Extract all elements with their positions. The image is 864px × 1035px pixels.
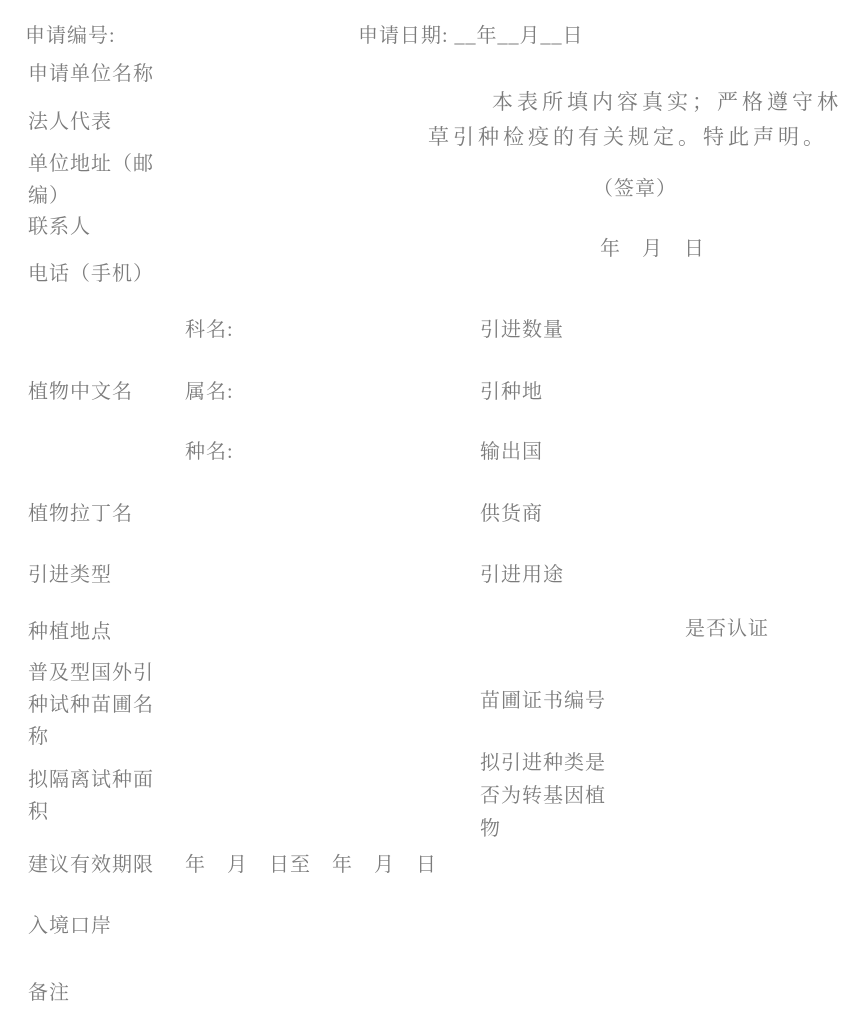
import-type-label: 引进类型 bbox=[28, 563, 112, 587]
isolation-area-label: 拟隔离试种面积 bbox=[28, 764, 160, 828]
purpose-label: 引进用途 bbox=[480, 563, 564, 587]
contact-label: 联系人 bbox=[28, 215, 91, 239]
app-no-label: 申请编号: bbox=[25, 24, 116, 48]
genus-label: 属名: bbox=[185, 380, 234, 404]
remarks-label: 备注 bbox=[28, 981, 70, 1005]
app-date-label: 申请日期: __年__月__日 bbox=[358, 24, 584, 48]
latin-name-label: 植物拉丁名 bbox=[28, 502, 133, 526]
cn-name-label: 植物中文名 bbox=[28, 380, 133, 404]
supplier-label: 供货商 bbox=[480, 502, 543, 526]
source-label: 引种地 bbox=[480, 380, 543, 404]
certified-label: 是否认证 bbox=[685, 617, 769, 641]
application-form-page: 申请编号: 申请日期: __年__月__日 申请单位名称 法人代表 单位地址（邮… bbox=[0, 0, 864, 1035]
validity-label: 建议有效期限 bbox=[28, 853, 154, 877]
planting-site-label: 种植地点 bbox=[28, 620, 112, 644]
gmo-label: 拟引进种类是否为转基因植物 bbox=[480, 747, 612, 846]
legal-rep-label: 法人代表 bbox=[28, 110, 112, 134]
address-label: 单位地址（邮编） bbox=[28, 148, 160, 212]
validity-value: 年 月 日至 年 月 日 bbox=[185, 853, 437, 877]
unit-name-label: 申请单位名称 bbox=[28, 62, 154, 86]
declaration-text-line1: 本表所填内容真实；严格遵守林 bbox=[492, 89, 842, 115]
entry-port-label: 入境口岸 bbox=[28, 914, 112, 938]
export-country-label: 输出国 bbox=[480, 440, 543, 464]
declaration-date: 年 月 日 bbox=[600, 237, 705, 261]
seal-label: （签章） bbox=[593, 177, 677, 201]
nursery-name-label: 普及型国外引种试种苗圃名称 bbox=[28, 657, 160, 753]
family-label: 科名: bbox=[185, 318, 234, 342]
phone-label: 电话（手机） bbox=[28, 262, 154, 286]
declaration-text-line2: 草引种检疫的有关规定。特此声明。 bbox=[428, 124, 828, 150]
nursery-cert-no-label: 苗圃证书编号 bbox=[480, 689, 606, 713]
quantity-label: 引进数量 bbox=[480, 318, 564, 342]
species-label: 种名: bbox=[185, 440, 234, 464]
